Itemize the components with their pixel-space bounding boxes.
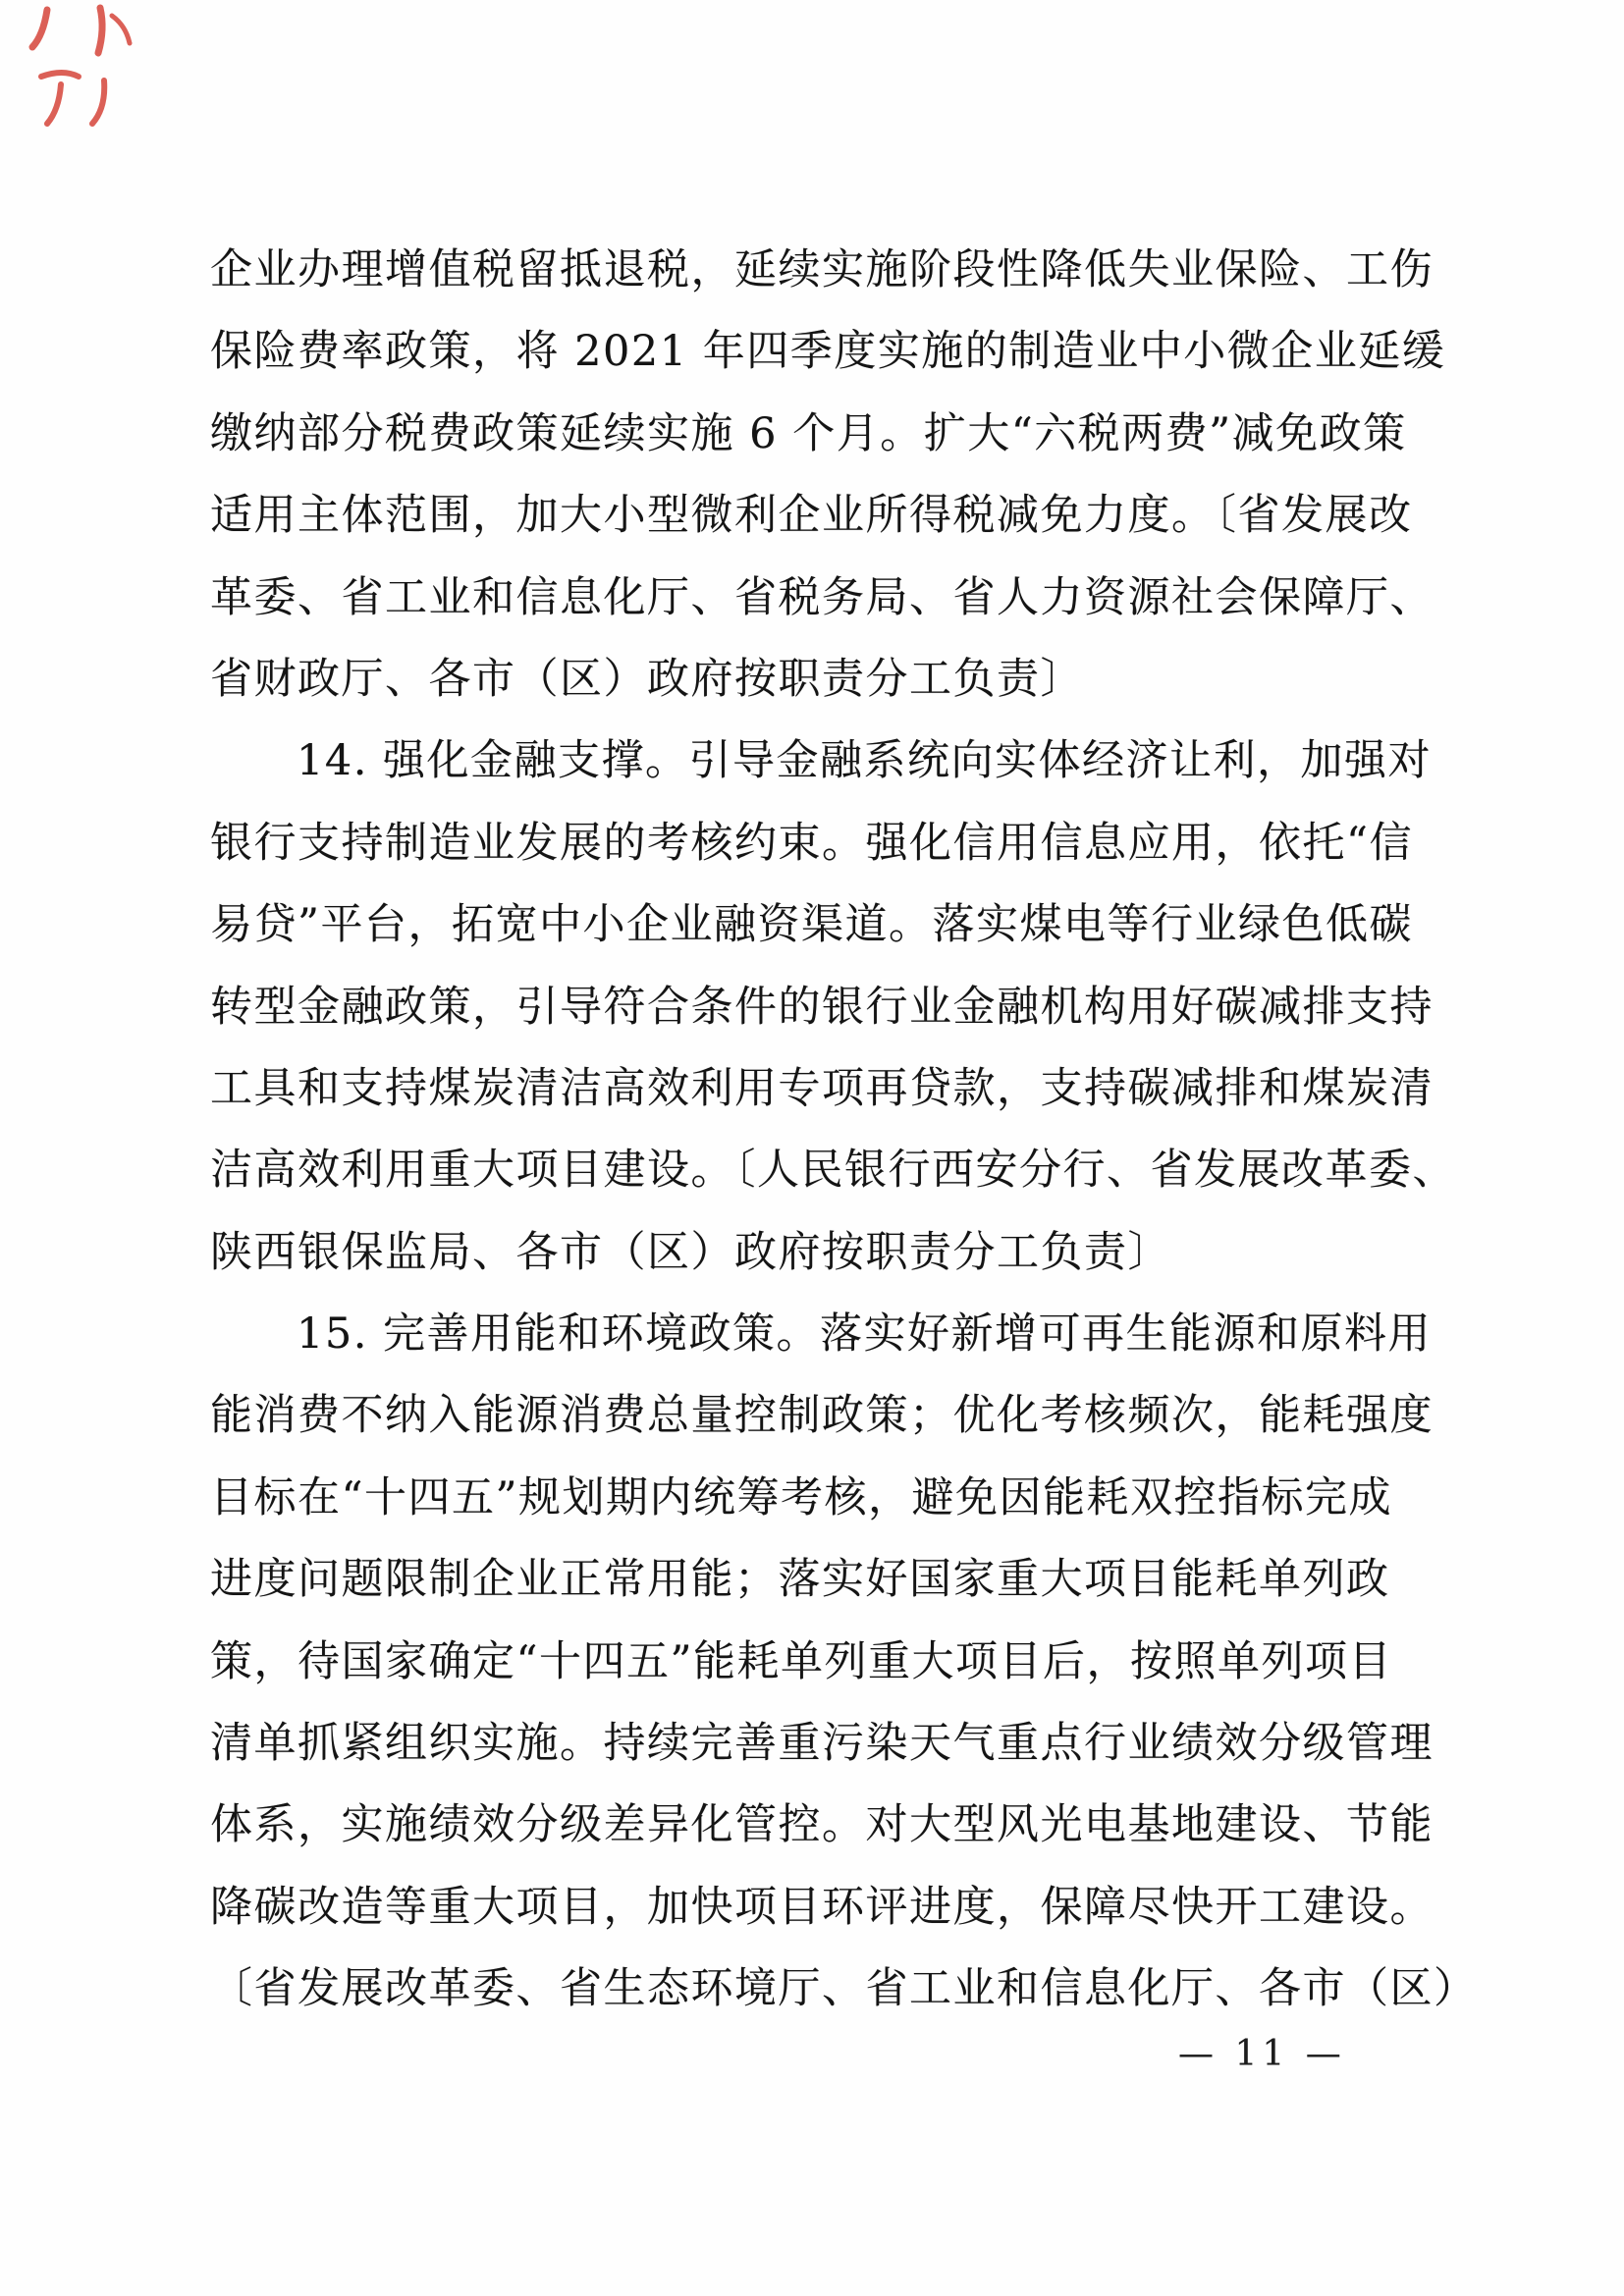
text-line: 易贷”平台，拓宽中小企业融资渠道。落实煤电等行业绿色低碳 — [210, 884, 1424, 966]
page-number: — 11 — — [1178, 2034, 1345, 2074]
text-line: 企业办理增值税留抵退税，延续实施阶段性降低失业保险、工伤 — [210, 230, 1424, 311]
text-line: 清单抓紧组织实施。持续完善重污染天气重点行业绩效分级管理 — [210, 1703, 1424, 1785]
text-line-paragraph-15-start: 15. 完善用能和环境政策。落实好新增可再生能源和原料用 — [210, 1294, 1424, 1375]
red-ink-artifact — [18, 2, 145, 144]
text-line: 策，待国家确定“十四五”能耗单列重大项目后，按照单列项目 — [210, 1622, 1424, 1703]
document-body: 企业办理增值税留抵退税，延续实施阶段性降低失业保险、工伤 保险费率政策，将 20… — [210, 230, 1424, 2031]
text-line-paragraph-14-start: 14. 强化金融支撑。引导金融系统向实体经济让利，加强对 — [210, 721, 1424, 802]
text-line: 适用主体范围，加大小型微利企业所得税减免力度。〔省发展改 — [210, 475, 1424, 557]
text-line: 保险费率政策，将 2021 年四季度实施的制造业中小微企业延缓 — [210, 311, 1424, 393]
text-line: 〔省发展改革委、省生态环境厅、省工业和信息化厅、各市（区） — [210, 1949, 1424, 2030]
text-line: 转型金融政策，引导符合条件的银行业金融机构用好碳减排支持 — [210, 967, 1424, 1048]
text-line: 洁高效利用重大项目建设。〔人民银行西安分行、省发展改革委、 — [210, 1130, 1424, 1211]
text-line: 陕西银保监局、各市（区）政府按职责分工负责〕 — [210, 1212, 1424, 1294]
text-line: 降碳改造等重大项目，加快项目环评进度，保障尽快开工建设。 — [210, 1867, 1424, 1949]
text-line: 进度问题限制企业正常用能；落实好国家重大项目能耗单列政 — [210, 1539, 1424, 1621]
text-line: 目标在“十四五”规划期内统筹考核，避免因能耗双控指标完成 — [210, 1458, 1424, 1539]
text-line: 体系，实施绩效分级差异化管控。对大型风光电基地建设、节能 — [210, 1785, 1424, 1866]
document-page: 企业办理增值税留抵退税，延续实施阶段性降低失业保险、工伤 保险费率政策，将 20… — [0, 0, 1624, 2296]
text-line: 革委、省工业和信息化厅、省税务局、省人力资源社会保障厅、 — [210, 558, 1424, 639]
text-line: 能消费不纳入能源消费总量控制政策；优化考核频次，能耗强度 — [210, 1375, 1424, 1457]
text-line: 缴纳部分税费政策延续实施 6 个月。扩大“六税两费”减免政策 — [210, 394, 1424, 475]
text-line: 银行支持制造业发展的考核约束。强化信用信息应用，依托“信 — [210, 803, 1424, 884]
text-line: 工具和支持煤炭清洁高效利用专项再贷款，支持碳减排和煤炭清 — [210, 1048, 1424, 1130]
text-line: 省财政厅、各市（区）政府按职责分工负责〕 — [210, 639, 1424, 721]
